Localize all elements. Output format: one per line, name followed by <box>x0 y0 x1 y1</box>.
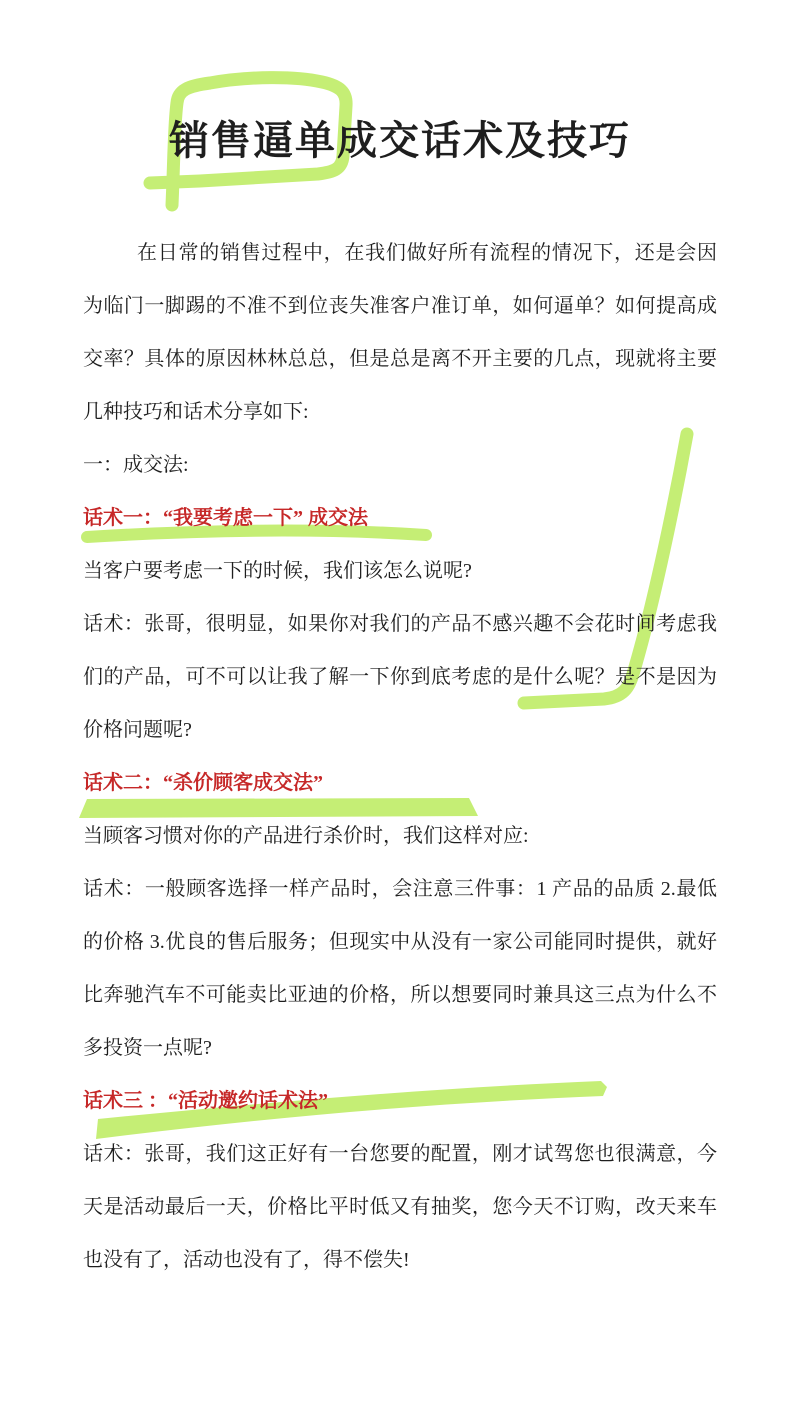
document-page: { "colors": { "text": "#1e1e1e", "headin… <box>0 0 800 1423</box>
paragraph-line: 的价格 3.优良的售后服务；但现实中从没有一家公司能同时提供，就好 <box>83 916 717 969</box>
paragraph-line: 当客户要考虑一下的时候，我们该怎么说呢? <box>83 545 717 598</box>
paragraph-line: 交率？具体的原因林林总总，但是总是离不开主要的几点，现就将主要 <box>83 333 717 386</box>
paragraph-line: 天是活动最后一天，价格比平时低又有抽奖，您今天不订购，改天来车 <box>83 1181 717 1234</box>
section-heading-script2: 话术二：“杀价顾客成交法” <box>83 757 717 810</box>
paragraph-line: 几种技巧和话术分享如下: <box>83 386 717 439</box>
section-heading-script1: 话术一：“我要考虑一下” 成交法 <box>83 492 717 545</box>
paragraph-line: 也没有了，活动也没有了，得不偿失! <box>83 1234 717 1287</box>
document-body: 在日常的销售过程中，在我们做好所有流程的情况下，还是会因 为临门一脚踢的不准不到… <box>83 227 717 1287</box>
section-label: 一：成交法: <box>83 439 717 492</box>
paragraph-line: 在日常的销售过程中，在我们做好所有流程的情况下，还是会因 <box>83 227 717 280</box>
paragraph-line: 当顾客习惯对你的产品进行杀价时，我们这样对应: <box>83 810 717 863</box>
section-heading-script3: 话术三 ：“活动邀约话术法” <box>83 1075 717 1128</box>
paragraph-line: 价格问题呢? <box>83 704 717 757</box>
paragraph-line: 为临门一脚踢的不准不到位丧失准客户准订单，如何逼单？如何提高成 <box>83 280 717 333</box>
paragraph-line: 话术：张哥，很明显，如果你对我们的产品不感兴趣不会花时间考虑我 <box>83 598 717 651</box>
paragraph-line: 们的产品，可不可以让我了解一下你到底考虑的是什么呢？是不是因为 <box>83 651 717 704</box>
paragraph-line: 话术：张哥，我们这正好有一台您要的配置，刚才试驾您也很满意，今 <box>83 1128 717 1181</box>
paragraph-line: 比奔驰汽车不可能卖比亚迪的价格，所以想要同时兼具这三点为什么不 <box>83 969 717 1022</box>
paragraph-line: 话术：一般顾客选择一样产品时，会注意三件事：1 产品的品质 2.最低 <box>83 863 717 916</box>
paragraph-line: 多投资一点呢? <box>83 1022 717 1075</box>
document-title: 销售逼单成交话术及技巧 <box>0 114 800 167</box>
